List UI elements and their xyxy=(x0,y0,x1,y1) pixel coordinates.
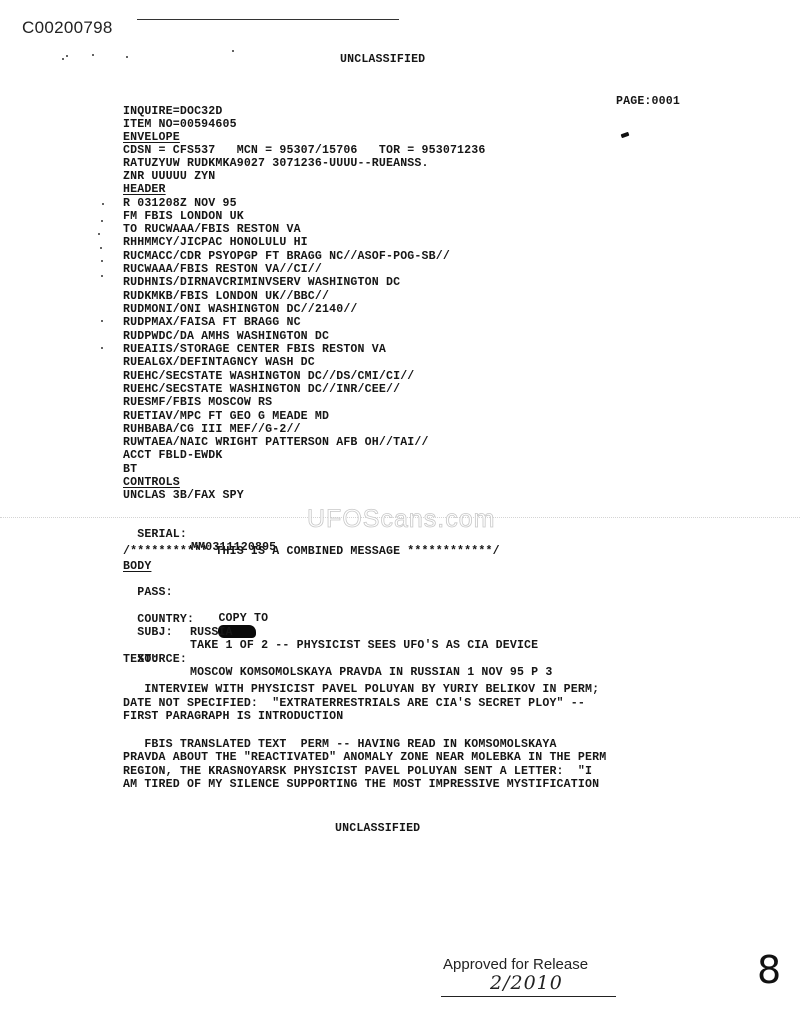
header-line: RUWTAEA/NAIC WRIGHT PATTERSON AFB OH//TA… xyxy=(123,436,429,449)
controls-value: UNCLAS 3B/FAX SPY xyxy=(123,489,244,502)
paragraph-2-line: PRAVDA ABOUT THE "REACTIVATED" ANOMALY Z… xyxy=(123,751,606,764)
controls-heading: CONTROLS xyxy=(123,476,180,489)
release-stamp-label: Approved for Release xyxy=(443,956,588,973)
header-line: RUEHC/SECSTATE WASHINGTON DC//INR/CEE// xyxy=(123,383,400,396)
release-stamp-date: 2/2010 xyxy=(490,972,563,994)
paragraph-2-line: AM TIRED OF MY SILENCE SUPPORTING THE MO… xyxy=(123,778,599,791)
header-line: RUEAIIS/STORAGE CENTER FBIS RESTON VA xyxy=(123,343,386,356)
combined-message-banner: /*********** THIS IS A COMBINED MESSAGE … xyxy=(123,545,500,558)
body-heading: BODY xyxy=(123,560,151,573)
header-line: RUETIAV/MPC FT GEO G MEADE MD xyxy=(123,410,329,423)
header-line: FM FBIS LONDON UK xyxy=(123,210,244,223)
header-line: RUEHC/SECSTATE WASHINGTON DC//DS/CMI/CI/… xyxy=(123,370,414,383)
paragraph-2-line: REGION, THE KRASNOYARSK PHYSICIST PAVEL … xyxy=(123,765,592,778)
paragraph-1-line: INTERVIEW WITH PHYSICIST PAVEL POLUYAN B… xyxy=(123,683,599,696)
country-value: RUSSIA xyxy=(190,626,233,639)
watermark: UFOScans.com xyxy=(307,505,495,534)
scan-speck xyxy=(101,260,103,262)
scan-speck xyxy=(102,203,104,205)
scan-speck xyxy=(101,275,103,277)
header-heading: HEADER xyxy=(123,183,166,196)
header-line: RHHMMCY/JICPAC HONOLULU HI xyxy=(123,236,308,249)
release-stamp-rule xyxy=(441,996,616,997)
document-id: C00200798 xyxy=(22,18,113,38)
pass-label: PASS: xyxy=(137,586,173,599)
pass-value: COPY TO xyxy=(218,612,268,625)
envelope-line: CDSN = CFS537 MCN = 95307/15706 TOR = 95… xyxy=(123,144,485,157)
envelope-line: RATUZYUW RUDKMKA9027 3071236-UUUU--RUEAN… xyxy=(123,157,429,170)
header-line: RUDKMKB/FBIS LONDON UK//BBC// xyxy=(123,290,329,303)
classification-banner-top: UNCLASSIFIED xyxy=(340,53,425,66)
header-line: RUDMONI/ONI WASHINGTON DC//2140// xyxy=(123,303,358,316)
scan-speck xyxy=(101,220,103,222)
serial-label: SERIAL: xyxy=(137,528,187,541)
page-label: PAGE:0001 xyxy=(616,95,680,108)
header-line: RUDHNIS/DIRNAVCRIMINVSERV WASHINGTON DC xyxy=(123,276,400,289)
handwritten-page-number: 8 xyxy=(757,948,781,992)
scan-speck xyxy=(62,58,64,60)
header-line: RUESMF/FBIS MOSCOW RS xyxy=(123,396,272,409)
scan-speck xyxy=(100,247,102,249)
header-line: RUEALGX/DEFINTAGNCY WASH DC xyxy=(123,356,315,369)
item-no-line: ITEM NO=00594605 xyxy=(123,118,237,131)
header-line: RUHBABA/CG III MEF//G-2// xyxy=(123,423,301,436)
header-line: RUDPMAX/FAISA FT BRAGG NC xyxy=(123,316,301,329)
scan-speck xyxy=(98,233,100,235)
scan-speck xyxy=(101,320,103,322)
source-value: MOSCOW KOMSOMOLSKAYA PRAVDA IN RUSSIAN 1… xyxy=(190,666,552,679)
scan-speck xyxy=(66,55,68,57)
scan-speck xyxy=(101,347,103,349)
text-label: TEXT: xyxy=(123,653,159,666)
header-line: BT xyxy=(123,463,137,476)
header-line: RUDPWDC/DA AMHS WASHINGTON DC xyxy=(123,330,329,343)
subject-value: TAKE 1 OF 2 -- PHYSICIST SEES UFO'S AS C… xyxy=(190,639,538,652)
subject-label: SUBJ: xyxy=(137,626,173,639)
top-rule xyxy=(137,19,399,20)
paragraph-1-line: FIRST PARAGRAPH IS INTRODUCTION xyxy=(123,710,343,723)
classification-banner-bottom: UNCLASSIFIED xyxy=(335,822,420,835)
header-line: R 031208Z NOV 95 xyxy=(123,197,237,210)
scan-speck xyxy=(92,54,94,56)
scan-mark xyxy=(621,132,630,138)
header-line: TO RUCWAAA/FBIS RESTON VA xyxy=(123,223,301,236)
paragraph-2-line: FBIS TRANSLATED TEXT PERM -- HAVING READ… xyxy=(123,738,557,751)
envelope-heading: ENVELOPE xyxy=(123,131,180,144)
header-line: RUCMACC/CDR PSYOPGP FT BRAGG NC//ASOF-PO… xyxy=(123,250,450,263)
header-line: RUCWAAA/FBIS RESTON VA//CI// xyxy=(123,263,322,276)
header-line: ACCT FBLD-EWDK xyxy=(123,449,223,462)
paragraph-1-line: DATE NOT SPECIFIED: "EXTRATERRESTRIALS A… xyxy=(123,697,585,710)
inquire-line: INQUIRE=DOC32D xyxy=(123,105,223,118)
envelope-line: ZNR UUUUU ZYN xyxy=(123,170,215,183)
scan-speck xyxy=(126,56,128,58)
scan-speck xyxy=(232,50,234,52)
